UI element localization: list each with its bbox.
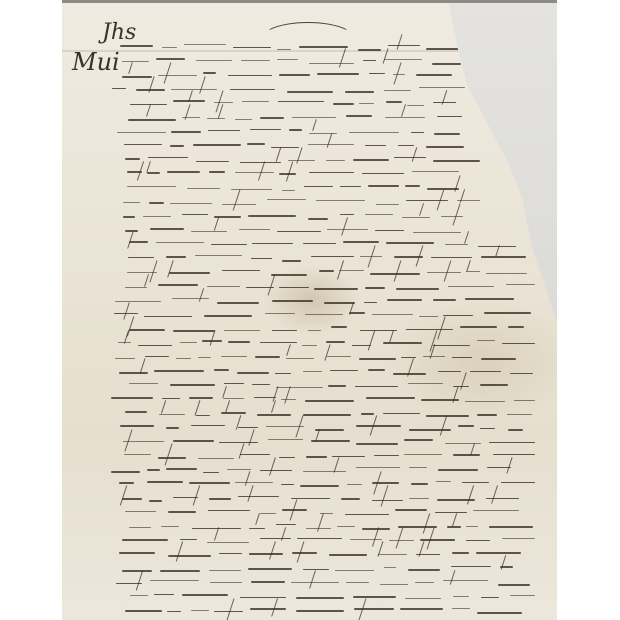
ink-word (452, 357, 471, 359)
ink-word (438, 469, 478, 471)
ink-word (433, 345, 470, 347)
ink-word (416, 74, 452, 76)
ink-word (120, 45, 153, 47)
ink-word (169, 272, 210, 274)
ink-word (481, 358, 516, 360)
ink-word (275, 373, 291, 375)
ink-word (187, 188, 220, 189)
ink-word (329, 554, 367, 556)
ink-word (303, 471, 346, 472)
ink-word (368, 369, 385, 371)
ink-word (252, 243, 293, 245)
ink-word (405, 598, 441, 599)
ink-word (510, 373, 533, 375)
ink-word (260, 470, 292, 472)
ink-word (331, 326, 347, 328)
ink-word (240, 597, 286, 599)
ink-word (470, 371, 502, 373)
ink-word (375, 230, 404, 232)
text-line (80, 294, 540, 308)
ink-word (507, 414, 533, 415)
ink-word (502, 538, 535, 539)
ink-word (119, 372, 148, 374)
ink-word (465, 298, 514, 300)
ink-word (122, 76, 152, 78)
ink-word (395, 509, 426, 511)
ink-word (115, 301, 160, 302)
ink-word (349, 132, 399, 133)
ink-word (238, 496, 280, 498)
ink-word (235, 119, 252, 120)
ink-word (251, 581, 285, 583)
ink-word (368, 185, 399, 187)
ink-word (251, 258, 272, 260)
text-line (80, 364, 540, 378)
text-line (80, 421, 540, 435)
ink-word (167, 611, 181, 613)
ink-word (233, 47, 271, 49)
ink-word (443, 315, 473, 317)
ink-word (303, 371, 323, 372)
ink-word (476, 552, 521, 554)
ink-word (316, 200, 365, 201)
ink-word (477, 612, 523, 614)
ink-word (353, 596, 396, 598)
ink-word (384, 567, 396, 568)
ink-word (356, 443, 398, 445)
ink-word (510, 595, 535, 596)
ink-word (477, 414, 497, 416)
ink-word (156, 58, 185, 60)
ink-word (328, 385, 346, 387)
ink-word (353, 159, 389, 161)
ink-word (172, 298, 209, 299)
ink-word (168, 511, 196, 513)
ink-word (117, 132, 166, 133)
ink-word (393, 74, 405, 75)
text-line (80, 505, 540, 519)
ink-word (393, 373, 427, 375)
ink-word (400, 608, 443, 610)
ink-word (277, 59, 298, 60)
ink-word (372, 500, 404, 502)
ink-word (387, 299, 421, 301)
ink-word (466, 540, 489, 542)
ink-word (309, 172, 355, 174)
ink-word (339, 270, 364, 271)
ink-word (389, 540, 413, 541)
ink-word (207, 118, 225, 119)
ink-word (124, 454, 151, 455)
ink-word (279, 457, 296, 459)
ink-word (125, 411, 147, 413)
ink-word (433, 160, 480, 162)
ink-word (235, 172, 273, 173)
text-line (80, 590, 540, 604)
ink-word (271, 274, 307, 276)
ink-word (343, 241, 379, 243)
ink-word (411, 132, 424, 134)
ink-word (191, 425, 225, 427)
ink-word (347, 484, 361, 485)
text-line (80, 378, 540, 392)
ink-word (180, 539, 197, 541)
ink-word (309, 63, 354, 64)
ink-word (248, 215, 296, 217)
ink-word (358, 49, 381, 51)
ink-word (383, 413, 421, 415)
ink-word (303, 243, 336, 245)
ink-word (419, 316, 438, 317)
ink-word (240, 162, 281, 164)
ink-word (404, 439, 433, 441)
ink-word (453, 454, 481, 456)
ink-word (224, 383, 243, 385)
text-line (80, 449, 540, 463)
ink-word (176, 358, 190, 359)
ink-word (345, 91, 374, 93)
ink-word (406, 200, 448, 202)
ink-word (435, 512, 467, 514)
ink-word (279, 74, 310, 76)
ink-word (276, 524, 296, 526)
ink-word (441, 216, 463, 217)
ink-word (219, 553, 242, 555)
ink-word (364, 302, 376, 304)
ink-word (365, 287, 385, 289)
ink-word (184, 44, 226, 45)
ink-word (356, 425, 401, 427)
ink-word (354, 608, 394, 610)
ink-word (166, 256, 186, 258)
ink-word (207, 542, 249, 543)
ink-word (480, 428, 495, 430)
ink-word (423, 356, 445, 357)
ink-word (227, 469, 251, 470)
ink-word (203, 472, 219, 474)
ink-word (112, 88, 127, 90)
ink-word (125, 511, 156, 512)
ink-word (249, 528, 265, 530)
ink-word (362, 173, 404, 175)
ink-word (340, 186, 361, 188)
ink-word (372, 314, 413, 315)
ink-word (171, 131, 201, 133)
ink-word (277, 231, 321, 233)
ink-word (447, 526, 461, 528)
ink-word (481, 597, 500, 599)
ink-word (292, 117, 335, 118)
ink-word (125, 287, 147, 288)
ink-word (123, 202, 141, 203)
ink-word (419, 87, 465, 88)
ink-word (361, 413, 374, 415)
text-line (80, 110, 540, 124)
ink-word (296, 597, 344, 599)
ink-word (196, 161, 229, 163)
ink-word (319, 270, 334, 272)
ink-word (365, 214, 393, 215)
ink-word (214, 369, 229, 371)
text-line (80, 463, 540, 477)
ink-word (111, 471, 140, 473)
ink-word (217, 302, 259, 304)
ink-word (453, 596, 469, 597)
ink-word (265, 313, 295, 314)
ink-word (514, 400, 535, 401)
ink-word (326, 341, 345, 343)
ink-word (210, 582, 243, 583)
ink-word (362, 528, 391, 530)
ink-word (161, 526, 179, 527)
ink-word (287, 91, 334, 93)
ink-word (231, 189, 272, 190)
text-line (80, 167, 540, 181)
ink-word (128, 257, 153, 259)
ink-word (249, 553, 283, 555)
ink-word (196, 60, 233, 61)
ink-word (405, 185, 420, 187)
ink-word (501, 482, 535, 484)
ink-word (493, 454, 535, 456)
ink-word (432, 63, 461, 65)
ink-word (267, 199, 306, 200)
ink-word (436, 481, 450, 482)
ink-word (196, 415, 210, 417)
ink-word (335, 570, 374, 571)
ink-word (272, 330, 297, 332)
text-line (80, 491, 540, 505)
ink-word (170, 145, 184, 147)
ink-word (438, 371, 461, 373)
ink-word (282, 190, 296, 191)
ink-word (122, 539, 168, 541)
ink-word (317, 73, 359, 75)
ink-word (426, 415, 469, 417)
ink-word (433, 102, 456, 104)
ink-word (350, 539, 381, 540)
ink-word (119, 552, 156, 554)
text-line (80, 322, 540, 336)
ink-word (302, 345, 316, 346)
ink-word (250, 129, 281, 131)
ink-word (182, 214, 207, 216)
ink-word (448, 286, 494, 287)
ink-word (239, 229, 270, 230)
ink-word (166, 468, 197, 470)
ink-word (452, 608, 470, 609)
ink-word (237, 372, 269, 374)
ink-word (286, 358, 314, 359)
ink-word (276, 387, 323, 388)
ink-word (173, 330, 215, 332)
ink-word (238, 427, 258, 429)
ink-word (272, 300, 313, 302)
ink-word (160, 570, 199, 572)
text-line (80, 237, 540, 251)
ink-word (355, 386, 398, 388)
ink-word (203, 72, 216, 74)
ink-word (477, 340, 495, 341)
ink-word (230, 89, 276, 91)
ink-word (502, 343, 535, 345)
text-line (80, 435, 540, 449)
ink-word (209, 498, 231, 500)
ink-word (340, 214, 355, 216)
text-line (80, 266, 540, 280)
ink-word (124, 144, 163, 146)
ink-word (291, 582, 339, 583)
ink-word (127, 186, 176, 187)
ink-word (289, 129, 301, 131)
ink-word (473, 510, 520, 511)
ink-word (486, 498, 519, 500)
ink-word (125, 158, 140, 160)
ink-word (219, 442, 257, 444)
ink-word (306, 456, 327, 458)
ink-word (308, 144, 354, 145)
ink-word (119, 482, 134, 484)
ink-word (125, 610, 162, 612)
ink-word (508, 326, 524, 328)
ink-word (150, 228, 184, 230)
ink-word (394, 157, 426, 159)
ink-word (208, 130, 240, 132)
manuscript-photo: Jhs Mui (62, 0, 557, 620)
ink-word (222, 204, 256, 205)
ink-word (271, 147, 299, 149)
ink-word (198, 458, 233, 459)
ink-word (384, 59, 422, 60)
ink-word (304, 186, 333, 188)
handwritten-text-block (80, 40, 540, 618)
ink-word (365, 145, 387, 147)
ink-word (173, 440, 214, 442)
ink-word (380, 584, 407, 585)
ink-word (207, 286, 240, 287)
ink-word (326, 160, 344, 161)
ink-word (242, 101, 269, 102)
ink-word (305, 314, 344, 315)
ink-word (309, 133, 337, 134)
ink-word (308, 330, 321, 331)
text-line (80, 392, 540, 406)
ink-word (374, 455, 399, 457)
ink-word (143, 216, 171, 217)
ink-word (385, 117, 426, 118)
ink-word (189, 482, 230, 484)
ink-word (409, 429, 451, 431)
ink-word (356, 467, 399, 468)
ink-word (314, 288, 357, 290)
ink-word (415, 582, 434, 583)
ink-word (486, 273, 527, 274)
ink-word (158, 75, 197, 76)
text-line (80, 604, 540, 618)
ink-word (138, 345, 172, 347)
text-line (80, 280, 540, 294)
text-line (80, 576, 540, 590)
ink-word (214, 102, 233, 103)
ink-word (412, 171, 459, 172)
ink-word (466, 526, 479, 527)
ink-word (221, 356, 247, 357)
page-top-edge (62, 0, 557, 3)
ink-word (260, 513, 276, 514)
ink-word (147, 481, 183, 483)
ink-word (247, 143, 265, 145)
ink-word (359, 358, 396, 360)
ink-word (123, 441, 164, 442)
ink-word (386, 101, 402, 103)
ink-word (130, 104, 167, 106)
ink-word (222, 270, 259, 272)
ink-word (337, 526, 356, 527)
ink-word (398, 145, 414, 147)
ink-word (166, 427, 179, 429)
ink-word (345, 514, 389, 516)
ink-word (260, 538, 291, 540)
ink-word (111, 397, 154, 399)
ink-word (384, 90, 411, 91)
ink-word (305, 400, 353, 402)
ink-word (451, 566, 491, 568)
ink-word (484, 312, 531, 314)
ink-word (465, 401, 505, 402)
text-line (80, 350, 540, 364)
ink-word (366, 397, 415, 399)
ink-word (433, 299, 456, 301)
ink-word (481, 256, 526, 258)
ink-word (208, 510, 250, 512)
ink-word (297, 538, 343, 540)
ink-word (145, 356, 169, 358)
ink-word (147, 469, 160, 471)
ink-word (388, 45, 421, 47)
ink-word (324, 302, 355, 304)
text-line (80, 519, 540, 533)
text-line (80, 561, 540, 575)
ink-word (292, 552, 317, 554)
ink-word (154, 594, 173, 596)
text-line (80, 406, 540, 420)
ink-word (255, 356, 280, 358)
ink-word (159, 414, 185, 415)
ink-word (158, 284, 198, 286)
ink-word (462, 482, 490, 484)
ink-word (437, 116, 462, 118)
ink-word (268, 439, 304, 440)
ink-word (156, 242, 204, 243)
ink-word (122, 61, 149, 62)
ink-word (434, 133, 460, 135)
ink-word (281, 399, 295, 400)
text-line (80, 308, 540, 322)
ink-word (408, 569, 440, 571)
ink-word (327, 229, 369, 230)
ink-word (369, 73, 384, 75)
ink-word (411, 483, 428, 485)
ink-word (148, 157, 188, 159)
text-line (80, 195, 540, 209)
ink-word (211, 244, 247, 246)
ink-word (120, 425, 154, 427)
ink-word (228, 341, 249, 343)
ink-word (360, 330, 397, 332)
ink-word (303, 414, 351, 416)
ink-word (282, 260, 301, 262)
text-line (80, 125, 540, 139)
